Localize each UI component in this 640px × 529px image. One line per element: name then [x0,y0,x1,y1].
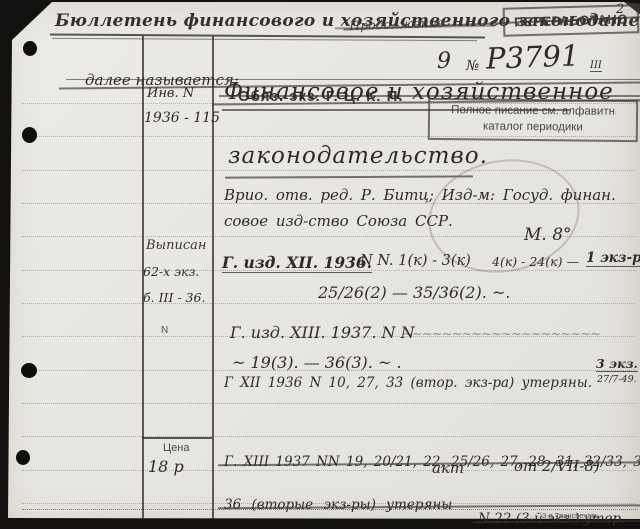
ruled-line [22,136,636,137]
holdings-1937-squiggle: ~~~~~~~~~~~~~~~~~~~~ [402,327,600,342]
number-sign: № [466,58,479,74]
ruled-line [22,236,636,237]
inventory-number: 1936 - 115 [144,110,220,126]
act-label: акт [432,459,464,477]
call-number: Р3791 [485,38,579,75]
punch-hole [21,363,37,378]
stamp-note-line1: Полное писание см. алфавитн [430,102,636,120]
price-label: Цена [163,442,189,454]
imprint-line2: совое изд-ство Союза ССР. [224,212,453,230]
call-number-part: III [590,60,602,72]
holdings-1936-numbers2: 4(к) - 24(к) — [492,254,579,269]
ruled-line [22,470,636,471]
price-separator-line [142,437,212,439]
copies-digit: 9 [437,49,451,74]
ruled-line [22,336,636,337]
ruled-line [22,203,636,204]
ruled-line [22,503,636,504]
copies-note: 62-х экз. [143,264,199,279]
holdings-1937-edition: Г. изд. XIII. 1937. N N [230,323,415,342]
punch-hole [22,127,37,143]
ruled-line [22,303,636,304]
stamp-note-line2: каталог периодики [430,118,636,136]
ruled-line [22,170,636,171]
printer-mark: 3-я Транспечать [542,511,598,520]
holdings-1936-copies: 1 экз-ра [586,250,640,267]
subscribed-label: Выписан [146,238,206,253]
act-date: от 2/VII-8) [514,457,600,475]
journal-title-line2: законодательство. [228,143,488,169]
n-label: N [161,325,168,336]
ruled-line [22,403,636,404]
format-note: М. 8° [524,225,572,245]
ruled-line [22,103,636,104]
scanned-catalog-card: 2 Бюллетень финансового и хозяйственного… [0,0,640,529]
reworked-stamp: ПЕРЕРАБОТАНО [503,4,640,37]
inventory-label: Инв. N [147,86,194,101]
punch-hole [16,450,30,465]
price-value: 18 р [148,457,184,476]
losses-1936-note: Г XII 1936 N 10, 27, 33 (втор. экз-ра) у… [224,375,592,391]
holdings-1936-numbers: N N. 1(к) - 3(к) [360,253,471,269]
losses-1936-date: 27/7-49. [597,374,637,385]
holdings-1936-numbers3: 25/26(2) — 35/36(2). ~. [318,283,510,302]
ruled-line [22,270,636,271]
punch-hole [23,41,37,56]
column-divider-right [212,36,214,519]
ruled-line [22,436,636,437]
bottom-ruled-line [22,509,638,510]
ruled-line [22,370,636,371]
